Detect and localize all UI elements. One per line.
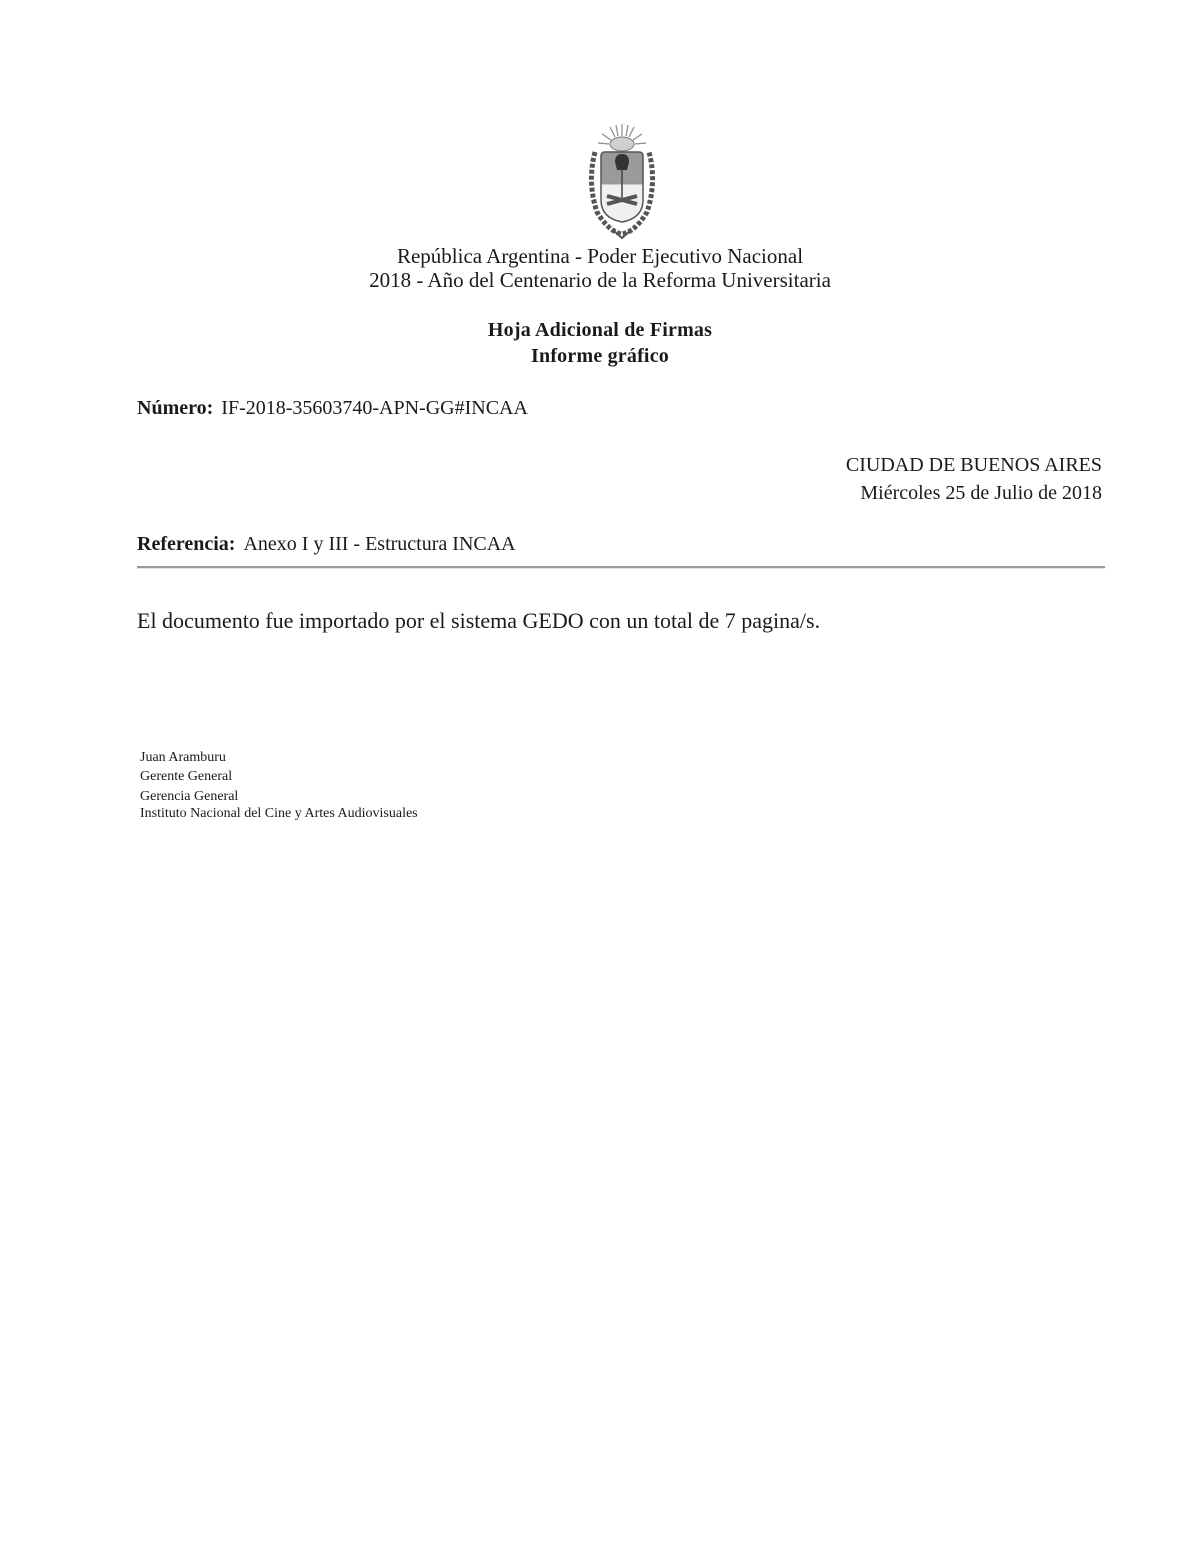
document-subtitle: Informe gráfico [0,344,1200,368]
header-line-2: 2018 - Año del Centenario de la Reforma … [0,268,1200,292]
referencia-value: Anexo I y III - Estructura INCAA [243,533,515,555]
document-title: Hoja Adicional de Firmas [0,318,1200,342]
divider [137,566,1105,569]
document-number: Número:IF-2018-35603740-APN-GG#INCAA [137,396,528,420]
numero-value: IF-2018-35603740-APN-GG#INCAA [221,397,528,419]
place-date: CIUDAD DE BUENOS AIRES Miércoles 25 de J… [846,451,1102,507]
body-text: El documento fue importado por el sistem… [137,607,820,635]
header-line-1: República Argentina - Poder Ejecutivo Na… [0,244,1200,268]
signer-name: Juan Aramburu [140,749,226,767]
referencia-label: Referencia: [137,533,235,555]
date: Miércoles 25 de Julio de 2018 [846,479,1102,507]
city: CIUDAD DE BUENOS AIRES [846,451,1102,479]
signer-institution: Instituto Nacional del Cine y Artes Audi… [140,805,418,823]
reference: Referencia:Anexo I y III - Estructura IN… [137,532,516,556]
signer-department: Gerencia General [140,788,238,806]
coat-of-arms-icon [583,122,661,242]
signer-position: Gerente General [140,768,232,786]
numero-label: Número: [137,397,213,419]
